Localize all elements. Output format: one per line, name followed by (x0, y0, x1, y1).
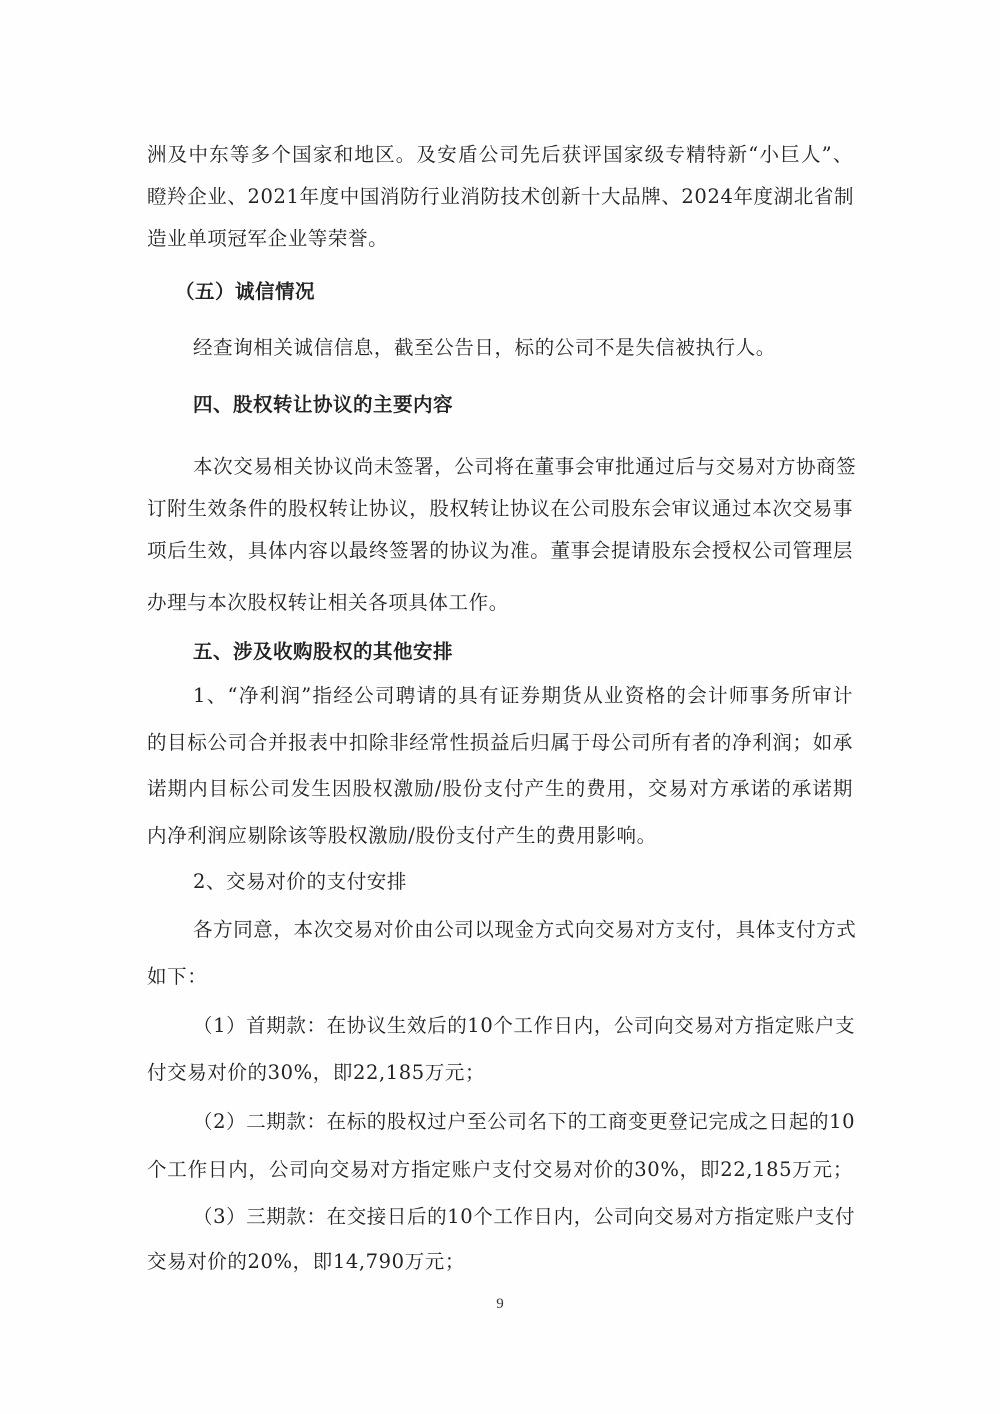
paragraph-line: 交易对价的20%，即14,790万元； (147, 1248, 853, 1276)
paragraph-line: 洲及中东等多个国家和地区。及安盾公司先后获评国家级专精特新“小巨人”、 (147, 141, 853, 169)
paragraph-line: 瞪羚企业、2021年度中国消防行业消防技术创新十大品牌、2024年度湖北省制 (147, 183, 853, 211)
paragraph-line: 1、“净利润”指经公司聘请的具有证券期货从业资格的会计师事务所审计 (193, 682, 853, 710)
section-heading-agreement: 四、股权转让协议的主要内容 (193, 391, 853, 419)
paragraph-line: 内净利润应剔除该等股权激励/股份支付产生的费用影响。 (147, 822, 853, 850)
paragraph-line: 本次交易相关协议尚未签署，公司将在董事会审批通过后与交易对方协商签 (193, 453, 853, 481)
paragraph-line: 个工作日内，公司向交易对方指定账户支付交易对价的30%，即22,185万元； (147, 1156, 853, 1184)
paragraph-line: 办理与本次股权转让相关各项具体工作。 (147, 589, 853, 617)
section-subheading-integrity: （五）诚信情况 (175, 278, 881, 306)
paragraph-line: 经查询相关诚信信息，截至公告日，标的公司不是失信被执行人。 (193, 334, 853, 362)
paragraph-line: 付交易对价的30%，即22,185万元； (147, 1059, 853, 1087)
paragraph-line: 造业单项冠军企业等荣誉。 (147, 225, 853, 253)
payment-item-first: （1）首期款：在协议生效后的10个工作日内，公司向交易对方指定账户支 (193, 1012, 853, 1040)
payment-item-second: （2）二期款：在标的股权过户至公司名下的工商变更登记完成之日起的10 (193, 1108, 853, 1136)
paragraph-line: 的目标公司合并报表中扣除非经常性损益后归属于母公司所有者的净利润；如承 (147, 729, 853, 757)
paragraph-line: 如下： (147, 963, 853, 991)
page-number: 9 (0, 1296, 1000, 1313)
paragraph-line: 诺期内目标公司发生因股权激励/股份支付产生的费用，交易对方承诺的承诺期 (147, 775, 853, 803)
payment-item-third: （3）三期款：在交接日后的10个工作日内，公司向交易对方指定账户支付 (193, 1203, 853, 1231)
section-heading-other-arrangements: 五、涉及收购股权的其他安排 (193, 638, 853, 666)
paragraph-line: 订附生效条件的股权转让协议，股权转让协议在公司股东会审议通过本次交易事 (147, 495, 853, 523)
paragraph-line: 项后生效，具体内容以最终签署的协议为准。董事会提请股东会授权公司管理层 (147, 537, 853, 565)
paragraph-line: 2、交易对价的支付安排 (193, 868, 853, 896)
document-page: 洲及中东等多个国家和地区。及安盾公司先后获评国家级专精特新“小巨人”、 瞪羚企业… (0, 0, 1000, 1414)
paragraph-line: 各方同意，本次交易对价由公司以现金方式向交易对方支付，具体支付方式 (193, 916, 853, 944)
